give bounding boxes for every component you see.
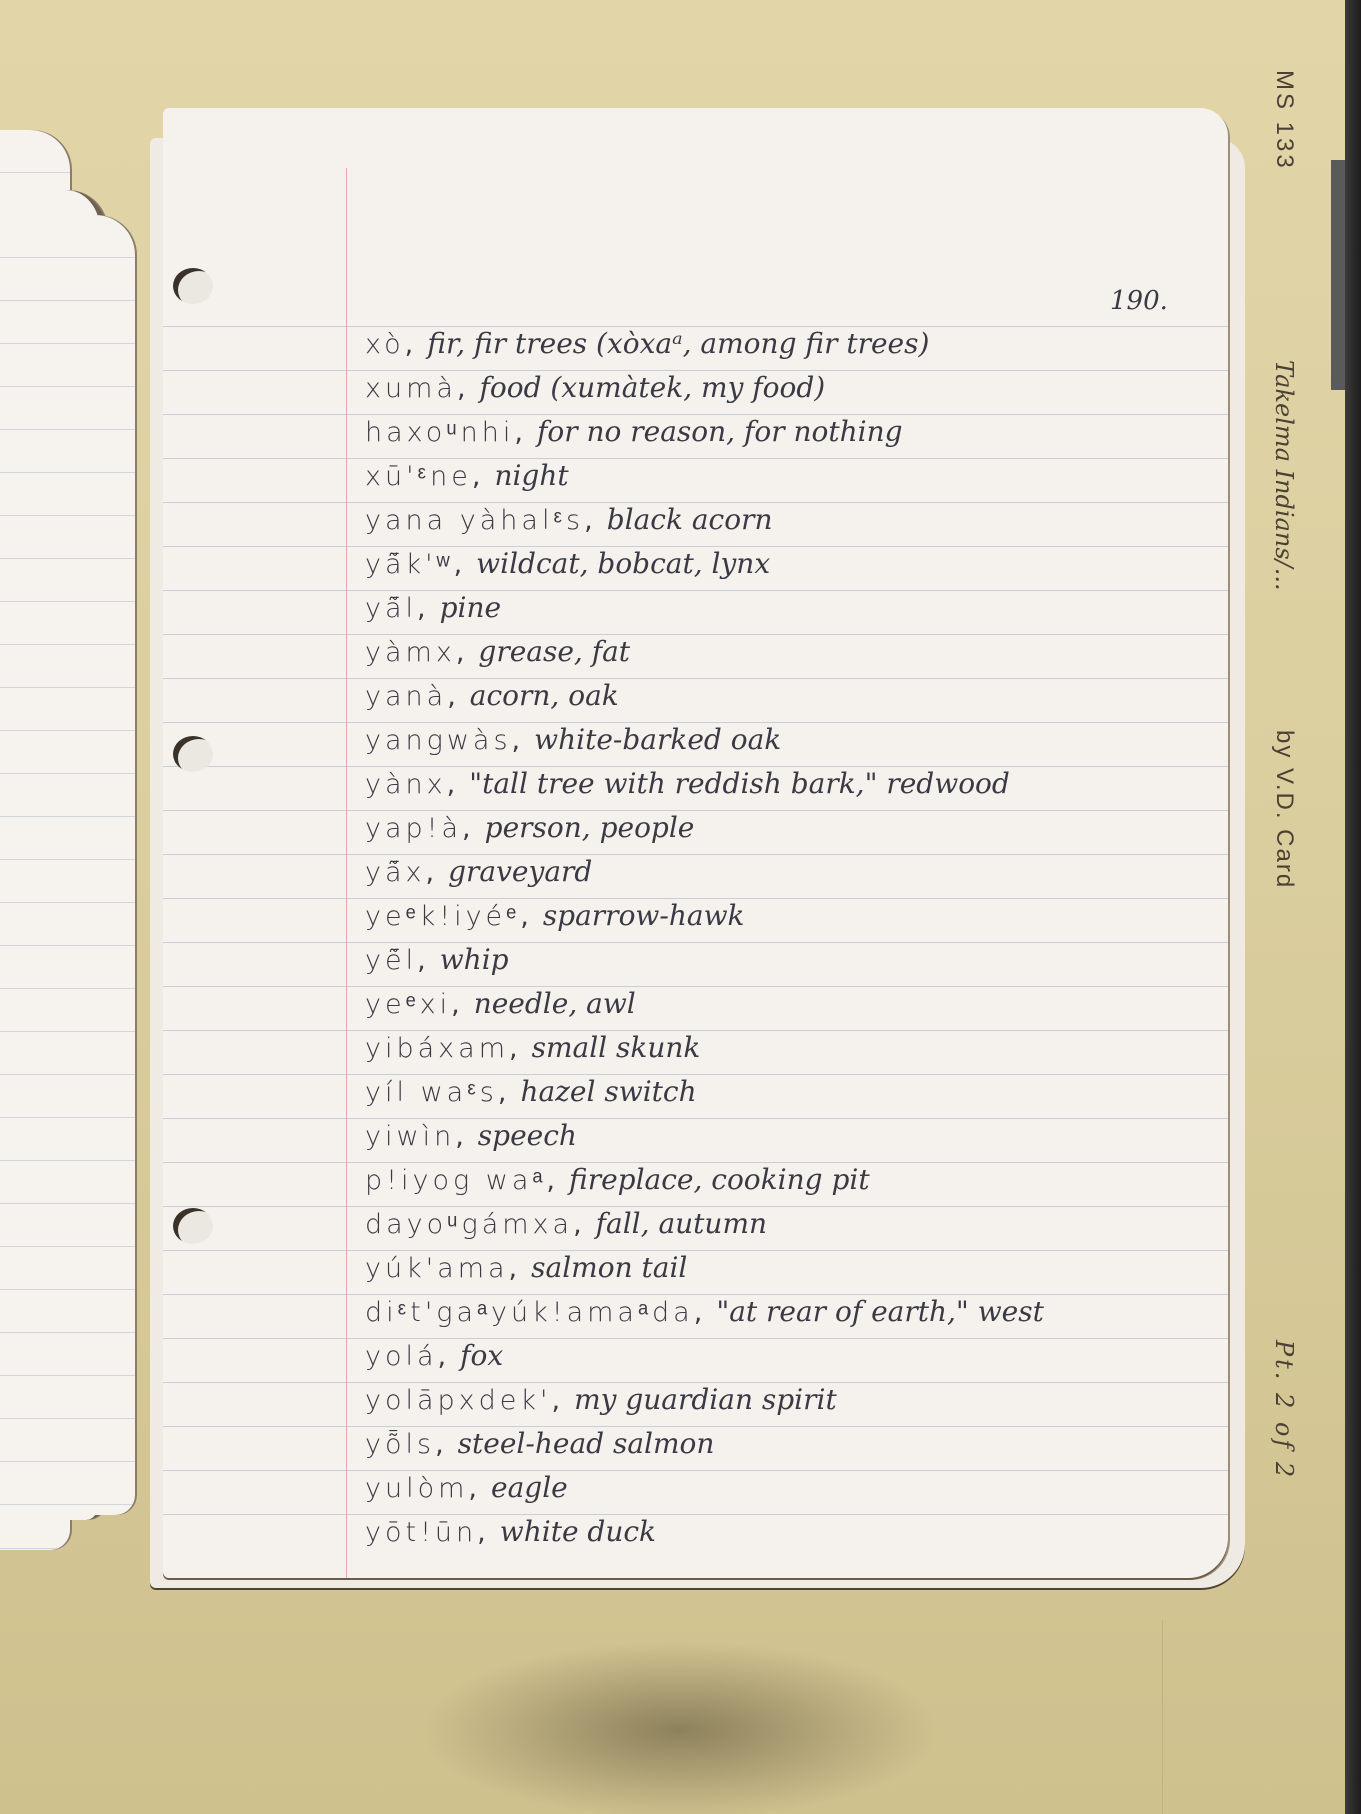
entry-separator: , [546,1165,555,1196]
vocabulary-entry: yã̄l,pine [365,586,1265,630]
folder-title: Takelma Indians/... [1270,360,1298,591]
vocabulary-entry: yolá,fox [365,1334,1265,1378]
entry-separator: , [477,1517,486,1548]
entry-gloss: needle, awl [474,987,636,1020]
vocabulary-entry: yiwìn,speech [365,1114,1265,1158]
folder-author: by V.D. Card [1270,730,1298,889]
vocabulary-entry: diᵋt'gaᵃyúk!amaᵃda,"at rear of earth," w… [365,1290,1265,1334]
entry-term: xumà [365,373,457,404]
entry-gloss: salmon tail [531,1251,687,1284]
vocabulary-entry: yanà,acorn, oak [365,674,1265,718]
entry-separator: , [426,857,435,888]
entry-term: yap!à [365,813,462,844]
entry-separator: , [509,1033,518,1064]
margin-line [346,168,347,1578]
entry-separator: , [694,1297,703,1328]
vocabulary-entry: yíl waᵋs,hazel switch [365,1070,1265,1114]
manuscript-number: MS 133 [1270,70,1298,171]
entry-gloss: fir, fir trees (xòxaᵃ, among fir trees) [427,327,929,360]
entry-separator: , [417,945,426,976]
entry-gloss: night [494,459,568,492]
entry-gloss: small skunk [532,1031,701,1064]
entry-separator: , [457,373,466,404]
entry-separator: , [454,549,463,580]
vocabulary-entry: yȭls,steel-head salmon [365,1422,1265,1466]
entry-gloss: "tall tree with reddish bark," redwood [469,767,1010,800]
entry-gloss: acorn, oak [470,679,619,712]
entry-term: diᵋt'gaᵃyúk!amaᵃda [365,1297,694,1328]
entry-gloss: black acorn [607,503,773,536]
entry-separator: , [417,593,426,624]
entry-term: haxoᵘnhi [365,417,514,448]
folder-tab-label: MS 133 Takelma Indians/... by V.D. Card … [1270,70,1310,1490]
entry-gloss: speech [478,1119,577,1152]
entry-separator: , [512,725,521,756]
entry-separator: , [455,1121,464,1152]
entry-gloss: white duck [500,1515,656,1548]
vocabulary-entry: yànx,"tall tree with reddish bark," redw… [365,762,1265,806]
entry-separator: , [551,1385,560,1416]
entry-term: yẽ̄l [365,945,417,976]
entry-gloss: wildcat, bobcat, lynx [476,547,770,580]
binder-hole-icon [173,1208,213,1244]
entry-term: xū'ᵋne [365,461,472,492]
vocabulary-entry: yàmx,grease, fat [365,630,1265,674]
entry-term: p!iyog waᵃ [365,1165,546,1196]
vocabulary-entry: yap!à,person, people [365,806,1265,850]
entry-separator: , [447,681,456,712]
entry-term: yàmx [365,637,456,668]
entry-gloss: food (xumàtek, my food) [480,371,826,404]
folder-part: Pt. 2 of 2 [1270,1340,1298,1480]
entry-separator: , [472,461,481,492]
stacked-page [0,215,135,1515]
entry-term: yeᵉk!iyéᵉ [365,901,520,932]
entry-separator: , [468,1473,477,1504]
entry-term: yànx [365,769,447,800]
entry-separator: , [435,1429,444,1460]
entry-term: yã̄l [365,593,417,624]
vocabulary-entry: yana yàhalᵋs,black acorn [365,498,1265,542]
entry-gloss: fireplace, cooking pit [569,1163,870,1196]
entry-term: yanà [365,681,447,712]
entry-separator: , [462,813,471,844]
entry-term: yōt!ūn [365,1517,477,1548]
vocabulary-entry: yibáxam,small skunk [365,1026,1265,1070]
vocabulary-entry: yeᵉxi,needle, awl [365,982,1265,1026]
vocabulary-entry: xumà,food (xumàtek, my food) [365,366,1265,410]
entry-term: yã̄x [365,857,426,888]
entry-gloss: person, people [485,811,695,844]
entry-term: yolāpxdek' [365,1385,551,1416]
entry-term: yulòm [365,1473,468,1504]
entry-gloss: whip [440,943,509,976]
photo-shadow [420,1640,940,1814]
entry-separator: , [438,1341,447,1372]
entry-term: yúk'ama [365,1253,509,1284]
entry-term: yȭls [365,1429,435,1460]
vocabulary-entry: xò,fir, fir trees (xòxaᵃ, among fir tree… [365,322,1265,366]
vocabulary-entry: yulòm,eagle [365,1466,1265,1510]
vocabulary-entry: yã̄k'ʷ,wildcat, bobcat, lynx [365,542,1265,586]
entry-gloss: grease, fat [478,635,630,668]
entry-gloss: my guardian spirit [574,1383,837,1416]
vocabulary-entry: yeᵉk!iyéᵉ,sparrow-hawk [365,894,1265,938]
entry-term: yangwàs [365,725,512,756]
entry-gloss: fall, autumn [596,1207,767,1240]
entry-term: dayoᵘgámxa [365,1209,573,1240]
binder-hole-icon [173,268,213,304]
entry-gloss: pine [440,591,501,624]
vocabulary-entry: p!iyog waᵃ,fireplace, cooking pit [365,1158,1265,1202]
entry-term: yibáxam [365,1033,509,1064]
entry-term: xò [365,329,405,360]
binder-hole-icon [173,736,213,772]
vocabulary-entry: xū'ᵋne,night [365,454,1265,498]
vocabulary-entry: yã̄x,graveyard [365,850,1265,894]
vocabulary-entry: yangwàs,white-barked oak [365,718,1265,762]
folder-edge [1345,0,1361,1814]
entry-separator: , [405,329,414,360]
entry-gloss: "at rear of earth," west [716,1295,1044,1328]
entry-term: yiwìn [365,1121,455,1152]
entry-separator: , [451,989,460,1020]
entry-term: yolá [365,1341,438,1372]
entry-gloss: eagle [491,1471,568,1504]
entry-gloss: white-barked oak [534,723,781,756]
entry-gloss: steel-head salmon [458,1427,715,1460]
vocabulary-entry: yúk'ama,salmon tail [365,1246,1265,1290]
entry-separator: , [584,505,593,536]
entry-gloss: graveyard [448,855,592,888]
entry-separator: , [520,901,529,932]
entry-separator: , [509,1253,518,1284]
vocabulary-entry: dayoᵘgámxa,fall, autumn [365,1202,1265,1246]
entry-term: yíl waᵋs [365,1077,498,1108]
entry-term: yana yàhalᵋs [365,505,584,536]
entry-separator: , [456,637,465,668]
entry-gloss: sparrow-hawk [543,899,745,932]
entry-separator: , [573,1209,582,1240]
vocabulary-entry: yolāpxdek',my guardian spirit [365,1378,1265,1422]
vocabulary-entry: yẽ̄l,whip [365,938,1265,982]
entry-term: yeᵉxi [365,989,451,1020]
entry-gloss: hazel switch [520,1075,696,1108]
vocabulary-entry: haxoᵘnhi,for no reason, for nothing [365,410,1265,454]
vocabulary-list: xò,fir, fir trees (xòxaᵃ, among fir tree… [365,322,1265,1554]
entry-separator: , [514,417,523,448]
entry-gloss: for no reason, for nothing [537,415,903,448]
entry-gloss: fox [460,1339,503,1372]
vocabulary-entry: yōt!ūn,white duck [365,1510,1265,1554]
page-number: 190. [1110,286,1168,316]
folder-crease [1162,1620,1163,1814]
entry-term: yã̄k'ʷ [365,549,454,580]
entry-separator: , [498,1077,507,1108]
entry-separator: , [447,769,456,800]
